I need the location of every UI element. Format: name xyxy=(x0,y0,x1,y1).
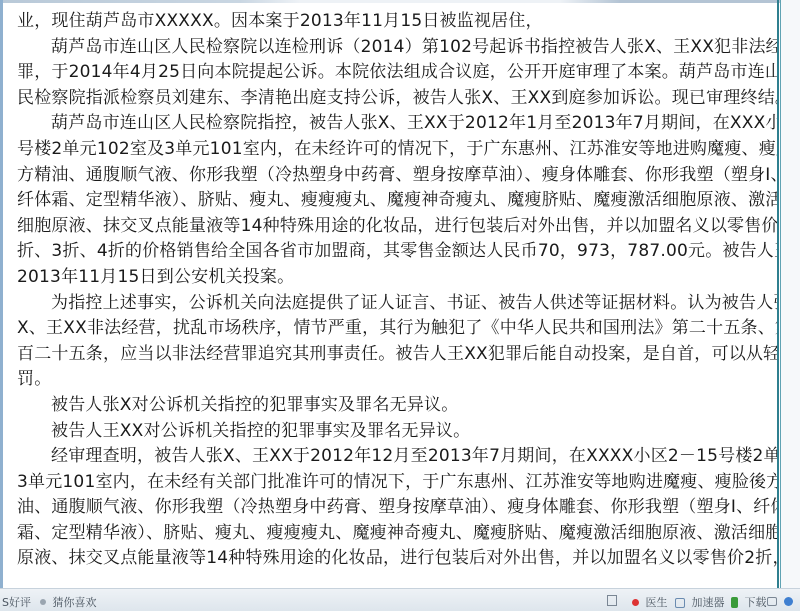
text-line: 葫芦岛市连山区人民检察院指控，被告人张X、王XX于2012年1月至2013年7月… xyxy=(17,111,769,137)
status-window-button[interactable] xyxy=(607,594,620,607)
accelerator-icon xyxy=(675,598,685,608)
text-line: 民检察院指派检察员刘建东、李清艳出庭支持公诉，被告人张X、王XX到庭参加诉讼。现… xyxy=(17,86,769,112)
status-flag-button[interactable] xyxy=(767,594,780,607)
status-accelerator-button[interactable]: 加速器 xyxy=(675,594,725,610)
status-bar: S好评 猜你喜欢 医生 加速器 下载 xyxy=(0,588,800,611)
flag-icon xyxy=(767,597,777,606)
paragraph: 业，现住葫芦岛市XXXXX。因本案于2013年11月15日被监视居住， xyxy=(17,9,769,35)
document-body: 业，现住葫芦岛市XXXXX。因本案于2013年11月15日被监视居住， 葫芦岛市… xyxy=(17,9,769,572)
text-line: 原液、抹交叉点能量液等14种特殊用途的化妆品，进行包装后对外出售，并以加盟名义以… xyxy=(17,546,769,572)
text-line: 业，现住葫芦岛市XXXXX。因本案于2013年11月15日被监视居住， xyxy=(17,9,769,35)
page-divider-line xyxy=(777,0,779,588)
text-line: 3单元101室内，在未经有关部门批准许可的情况下，于广东惠州、江苏淮安等地购进魔… xyxy=(17,470,769,496)
text-line: 霜、定型精华液）、脐贴、瘦丸、瘦瘦瘦丸、魔瘦神奇瘦丸、魔瘦脐贴、魔瘦激活细胞原液… xyxy=(17,521,769,547)
text-line: 为指控上述事实，公诉机关向法庭提供了证人证言、书证、被告人供述等证据材料。认为被… xyxy=(17,291,769,317)
paragraph: 被告人张X对公诉机关指控的犯罪事实及罪名无异议。 xyxy=(17,393,769,419)
right-margin-pane xyxy=(781,0,800,588)
status-download-button[interactable]: 下载 xyxy=(731,594,767,610)
dot-icon xyxy=(40,599,46,605)
text-line: 纤体霜、定型精华液）、脐贴、瘦丸、瘦瘦瘦丸、魔瘦神奇瘦丸、魔瘦脐贴、魔瘦激活细胞… xyxy=(17,188,769,214)
status-doctor-button[interactable]: 医生 xyxy=(632,594,668,610)
text-line: 油、通腹顺气液、你形我塑（冷热塑身中药膏、塑身按摩草油）、瘦身体雕套、你形我塑（… xyxy=(17,495,769,521)
text-line: 细胞原液、抹交叉点能量液等14种特殊用途的化妆品，进行包装后对外出售，并以加盟名… xyxy=(17,214,769,240)
status-item-label: S好评 xyxy=(2,596,31,609)
status-item-label: 猜你喜欢 xyxy=(53,596,97,609)
text-line: 号楼2单元102室及3单元101室内，在未经许可的情况下，于广东惠州、江苏淮安等… xyxy=(17,137,769,163)
paragraph: 葫芦岛市连山区人民检察院指控，被告人张X、王XX于2012年1月至2013年7月… xyxy=(17,111,769,290)
text-line: 被告人张X对公诉机关指控的犯罪事实及罪名无异议。 xyxy=(17,393,769,419)
text-line: X、王XX非法经营，扰乱市场秩序，情节严重，其行为触犯了《中华人民共和国刑法》第… xyxy=(17,316,769,342)
zoom-icon xyxy=(784,597,793,606)
paragraph: 葫芦岛市连山区人民检察院以连检刑诉（2014）第102号起诉书指控被告人张X、王… xyxy=(17,35,769,112)
window-icon xyxy=(607,595,617,606)
text-line: 罚。 xyxy=(17,367,769,393)
status-zoom-button[interactable] xyxy=(784,594,796,607)
status-item-label: 医生 xyxy=(646,596,668,609)
status-item-recommend[interactable]: 猜你喜欢 xyxy=(40,594,97,610)
text-line: 折、3折、4折的价格销售给全国各省市加盟商，其零售金额达人民币70，973，78… xyxy=(17,239,769,265)
status-item-label: 加速器 xyxy=(692,596,725,609)
text-line: 被告人王XX对公诉机关指控的犯罪事实及罪名无异议。 xyxy=(17,419,769,445)
text-line: 罪，于2014年4月25日向本院提起公诉。本院依法组成合议庭，公开开庭审理了本案… xyxy=(17,60,769,86)
status-item-review[interactable]: S好评 xyxy=(2,594,31,610)
text-line: 经审理查明，被告人张X、王XX于2012年12月至2013年7月期间，在XXXX… xyxy=(17,444,769,470)
text-line: 方精油、通腹顺气液、你形我塑（冷热塑身中药膏、塑身按摩草油）、瘦身体雕套、你形我… xyxy=(17,163,769,189)
paragraph: 为指控上述事实，公诉机关向法庭提供了证人证言、书证、被告人供述等证据材料。认为被… xyxy=(17,291,769,393)
text-line: 葫芦岛市连山区人民检察院以连检刑诉（2014）第102号起诉书指控被告人张X、王… xyxy=(17,35,769,61)
doctor-icon xyxy=(632,599,639,606)
download-icon xyxy=(731,597,738,608)
text-line: 2013年11月15日到公安机关投案。 xyxy=(17,265,769,291)
paragraph: 被告人王XX对公诉机关指控的犯罪事实及罪名无异议。 xyxy=(17,419,769,445)
text-line: 百二十五条，应当以非法经营罪追究其刑事责任。被告人王XX犯罪后能自动投案，是自首… xyxy=(17,342,769,368)
status-item-label: 下载 xyxy=(745,596,767,609)
paragraph: 经审理查明，被告人张X、王XX于2012年12月至2013年7月期间，在XXXX… xyxy=(17,444,769,572)
document-page: 业，现住葫芦岛市XXXXX。因本案于2013年11月15日被监视居住， 葫芦岛市… xyxy=(3,3,777,588)
